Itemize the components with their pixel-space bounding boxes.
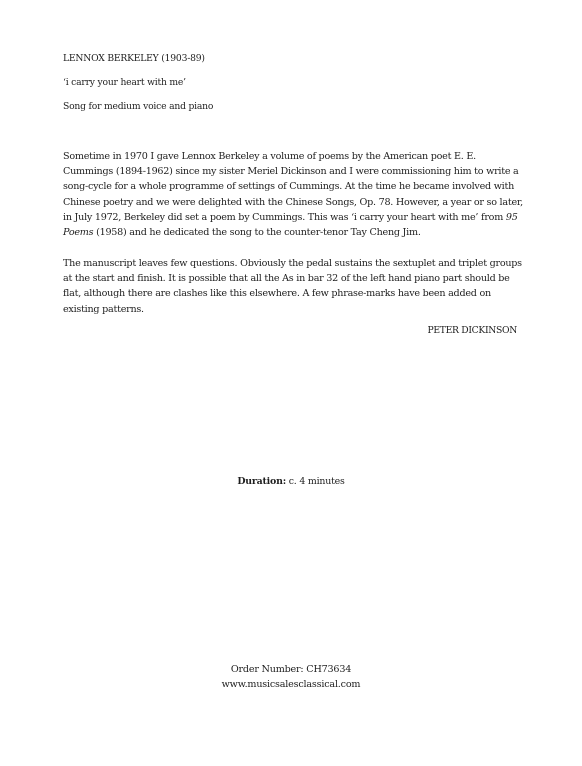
song-subtitle: Song for medium voice and piano (63, 101, 213, 112)
intro-text-end: (1958) and he dedicated the song to the … (93, 227, 420, 238)
manuscript-paragraph: The manuscript leaves few questions. Obv… (63, 256, 523, 317)
intro-paragraph: Sometime in 1970 I gave Lennox Berkeley … (63, 149, 523, 240)
document-page: LENNOX BERKELEY (1903-89) ‘i carry your … (0, 0, 582, 766)
duration-label: Duration: (237, 476, 286, 487)
duration-value: c. 4 minutes (286, 476, 345, 487)
intro-text-start: Sometime in 1970 I gave Lennox Berkeley … (63, 151, 523, 223)
song-title: ‘i carry your heart with me’ (63, 77, 186, 88)
duration-line: Duration: c. 4 minutes (0, 476, 582, 487)
author-signature: PETER DICKINSON (428, 325, 517, 336)
order-number: Order Number: CH73634 (0, 664, 582, 675)
composer-heading: LENNOX BERKELEY (1903-89) (63, 53, 205, 64)
website-link[interactable]: www.musicsalesclassical.com (0, 679, 582, 690)
